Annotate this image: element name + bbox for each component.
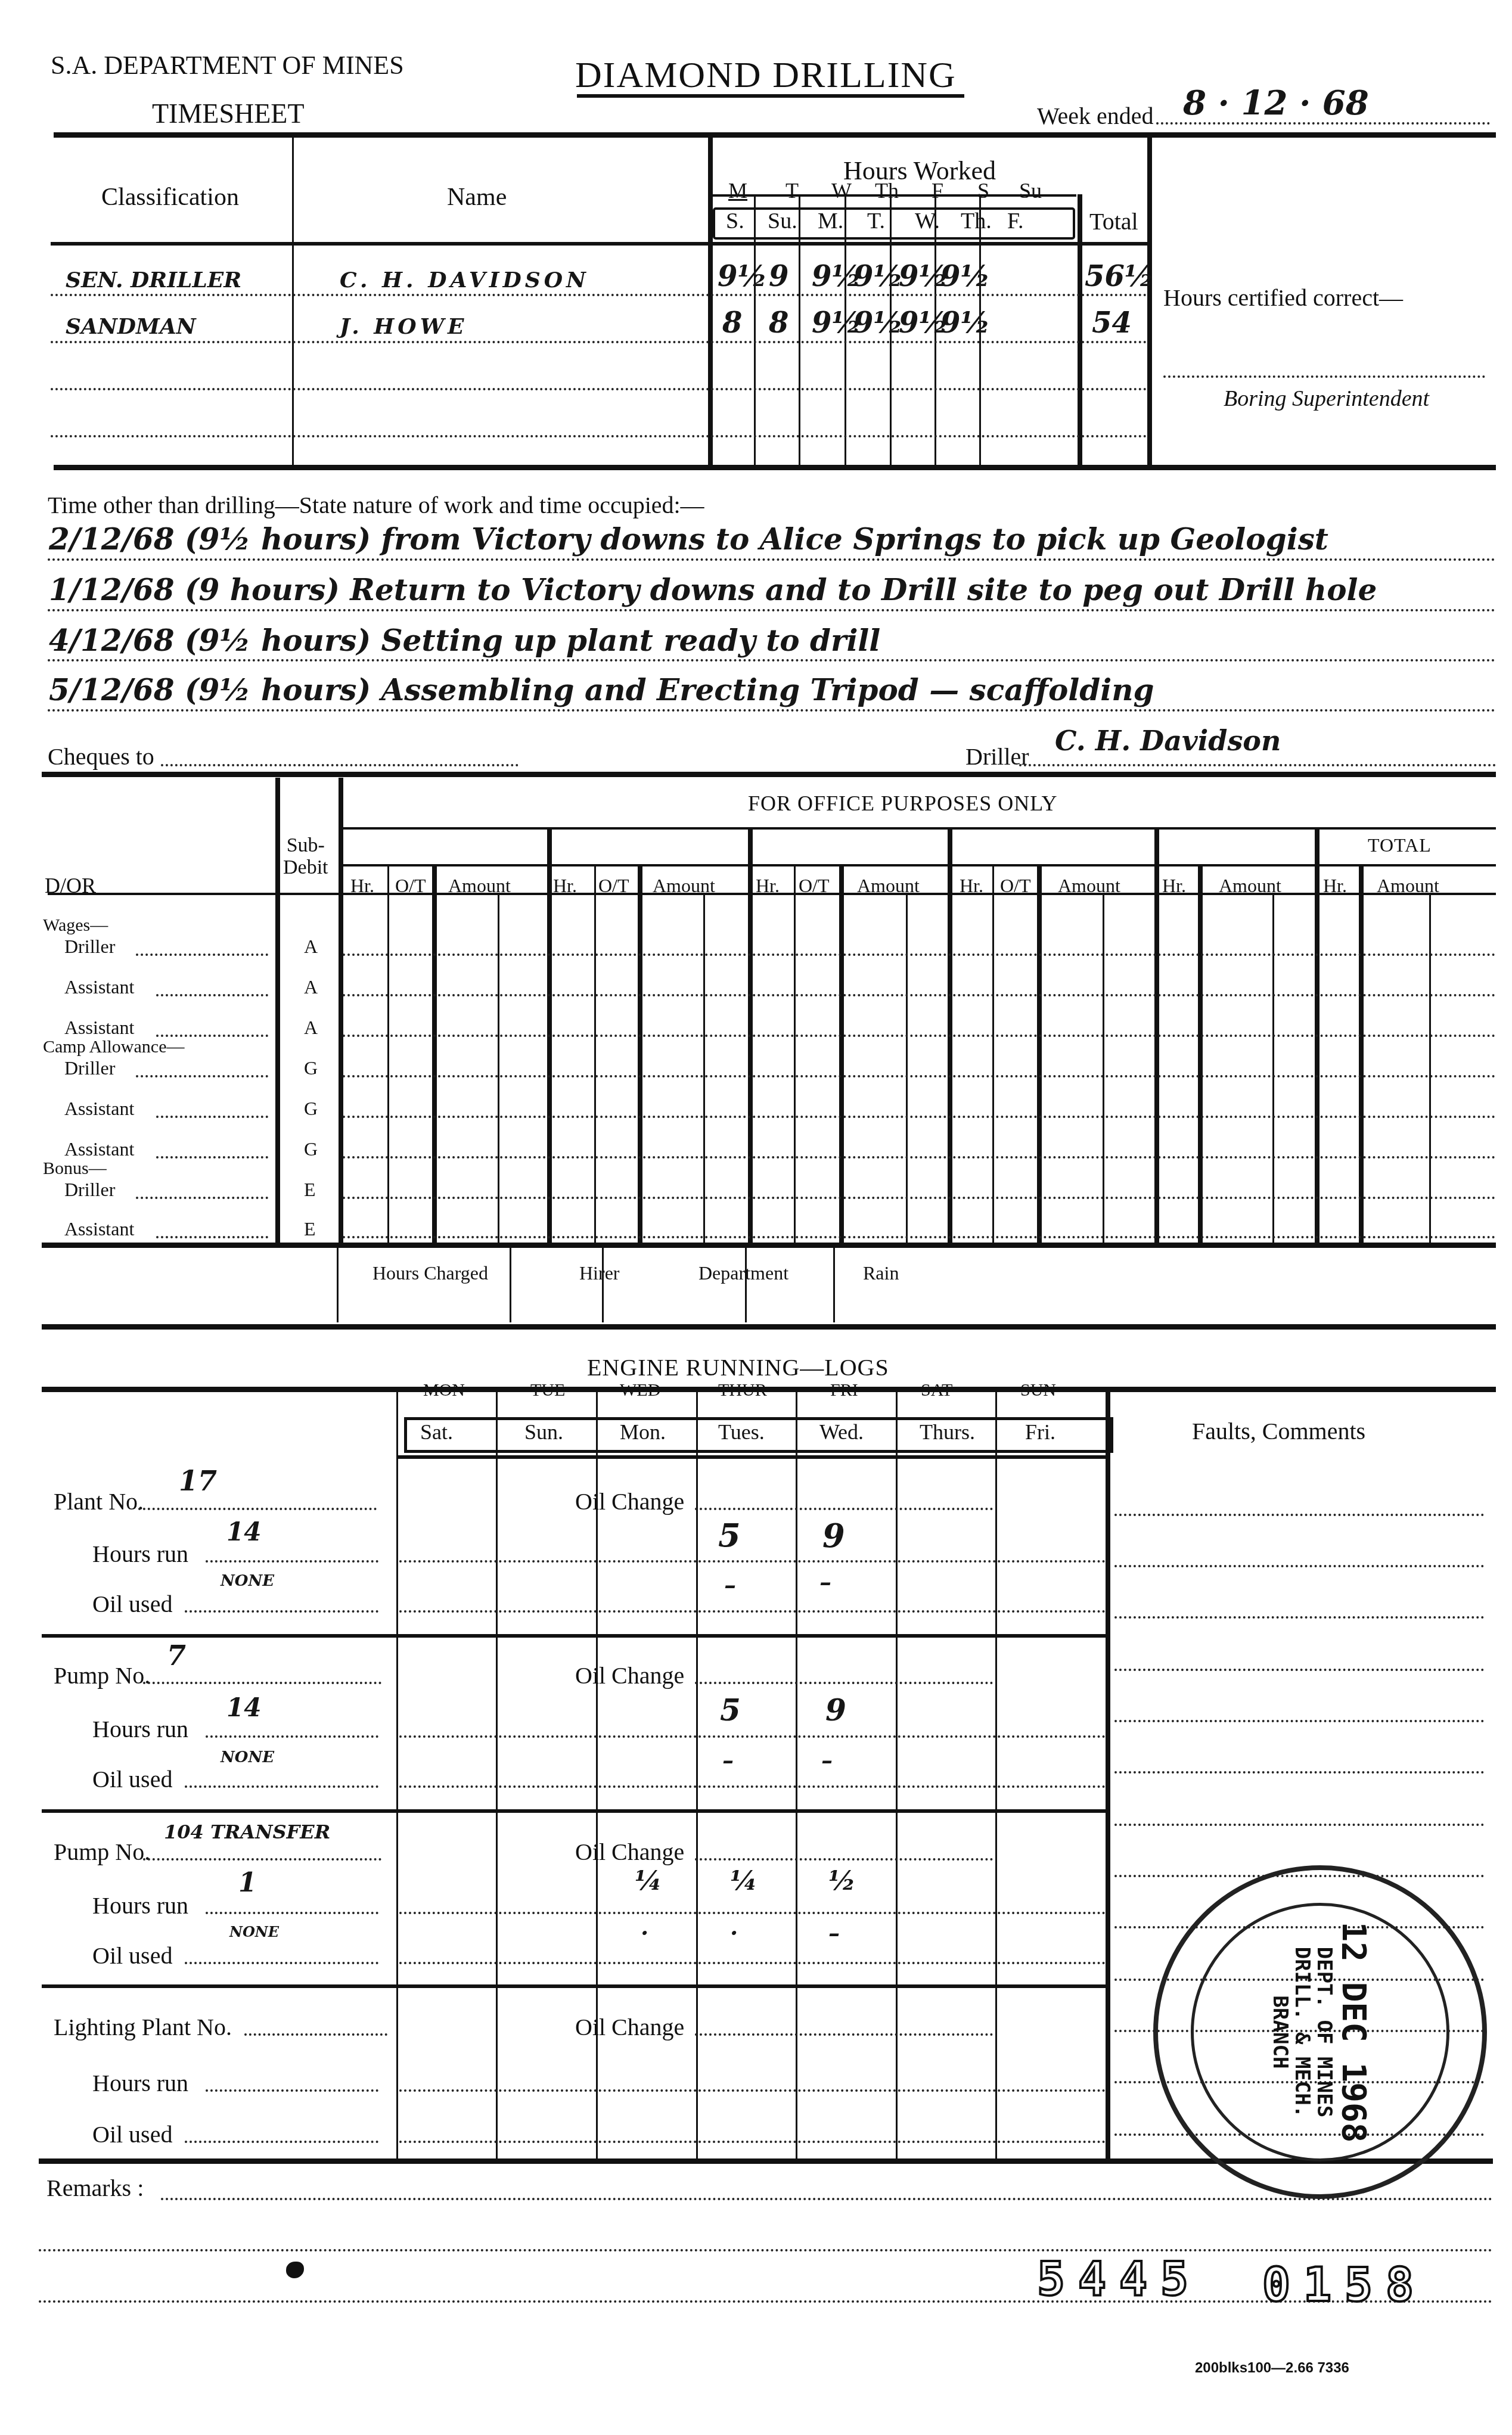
oil-used-leader <box>185 1785 378 1788</box>
hours-charged-label: Hours Charged <box>372 1263 488 1282</box>
grid-line <box>399 2089 1106 2092</box>
faults-divider <box>1106 1392 1110 2161</box>
struck-day: SAT <box>921 1381 952 1399</box>
cheques-label: Cheques to <box>48 745 154 769</box>
oil-thu[interactable]: · <box>730 1922 738 1945</box>
row-label: Assistant <box>64 1139 134 1159</box>
oil-used-label: Oil used <box>92 1768 172 1791</box>
received-date-stamp: 12 DEC 1968 DEPT. OF MINES DRILL. & MECH… <box>1153 1865 1487 2199</box>
row-line <box>51 341 1147 343</box>
driller-field <box>1019 764 1496 766</box>
hours-thu[interactable]: 5 <box>720 1695 741 1725</box>
remarks-line[interactable] <box>39 2249 1493 2251</box>
grid-row-line <box>343 1197 1496 1199</box>
cheques-field[interactable] <box>161 764 519 766</box>
row-code: G <box>304 1058 318 1077</box>
hours-run-label: Hours run <box>92 1542 188 1566</box>
engine-header-rule <box>42 1387 1496 1392</box>
row-name[interactable]: C. H. DAVIDSON <box>340 269 589 291</box>
day-box-label: M. <box>818 210 843 232</box>
faults-label: Faults, Comments <box>1192 1420 1365 1443</box>
oil-used-leader <box>185 2141 378 2143</box>
sub-divider <box>1429 894 1431 1243</box>
week-ended-label: Week ended <box>1037 104 1154 128</box>
rain-label: Rain <box>863 1263 899 1282</box>
grid-line <box>399 2141 1106 2143</box>
faults-line[interactable] <box>1114 1720 1484 1722</box>
row-label: Driller <box>64 937 115 956</box>
sub-divider <box>992 864 994 1243</box>
row-line <box>51 388 1147 390</box>
remarks-line[interactable] <box>161 2198 1493 2200</box>
grid-line <box>399 1560 1106 1563</box>
faults-line[interactable] <box>1114 1669 1484 1671</box>
row-hours-tue[interactable]: 9½ <box>853 309 903 337</box>
oil-used-label: Oil used <box>92 2123 172 2147</box>
oil-used-label: Oil used <box>92 1944 172 1968</box>
rule-after-office <box>42 1243 1496 1248</box>
grid-row-line <box>343 1236 1496 1238</box>
col-divider <box>510 1248 511 1322</box>
col-divider <box>337 1248 339 1322</box>
hours-fri[interactable]: 9 <box>822 1520 845 1552</box>
pump-no-value[interactable]: 104 TRANSFER <box>164 1822 330 1841</box>
row-code: A <box>304 977 318 996</box>
rule-after-hours <box>54 465 1496 470</box>
hours-run-label: Hours run <box>92 1894 188 1918</box>
superintendent-label: Boring Superintendent <box>1224 387 1429 410</box>
row-section: Camp Allowance— <box>43 1038 184 1056</box>
sub-divider <box>498 894 499 1243</box>
hours-run-leader <box>206 1560 378 1563</box>
sub-divider <box>594 864 596 1243</box>
row-leader <box>156 1236 268 1238</box>
hours-thu[interactable]: ¼ <box>730 1868 757 1894</box>
hours-certified-label: Hours certified correct— <box>1163 286 1403 310</box>
week-ended-line <box>1156 122 1490 125</box>
total-label: TOTAL <box>1368 836 1432 855</box>
struck-day: WED <box>620 1381 660 1399</box>
sub-divider <box>1272 894 1274 1243</box>
department-name: S.A. DEPARTMENT OF MINES <box>51 52 404 79</box>
col-hr: Hr. <box>960 876 983 895</box>
grid-line <box>399 1912 1106 1914</box>
col-amount: Amount <box>1219 876 1281 895</box>
pump-no-label: Pump No. <box>54 1840 150 1864</box>
day-box-label: Th. <box>961 210 992 232</box>
header-hours-worked: Hours Worked <box>843 158 996 184</box>
day-letter: Su <box>1019 180 1042 201</box>
form-title: TIMESHEET <box>152 100 305 128</box>
col-hr: Hr. <box>553 876 577 895</box>
grid-line <box>399 1962 1106 1964</box>
day-letter: W <box>831 180 852 201</box>
hirer-label: Hirer <box>579 1263 620 1282</box>
grid-row-line <box>343 994 1496 996</box>
sub-divider <box>839 864 844 1243</box>
faults-line[interactable] <box>1114 1565 1484 1567</box>
day-letter-underline <box>713 194 1076 197</box>
oil-change-field[interactable] <box>695 1682 993 1684</box>
row-classification[interactable]: SEN. DRILLER <box>66 269 241 291</box>
sub-divider <box>1103 894 1104 1243</box>
oil-used-label: Oil used <box>92 1592 172 1616</box>
grid-row-line <box>343 1035 1496 1037</box>
hours-run-label: Hours run <box>92 1717 188 1741</box>
oil-change-label: Oil Change <box>575 1664 684 1688</box>
serial-number-a: 5445 <box>1037 2253 1201 2306</box>
remarks-label: Remarks : <box>46 2176 144 2200</box>
row-code: A <box>304 1018 318 1037</box>
col-hr: Hr. <box>1162 876 1186 895</box>
sub-divider <box>1198 864 1203 1243</box>
sub-divider <box>906 894 908 1243</box>
row-label: Assistant <box>64 977 134 996</box>
row-total[interactable]: 54 <box>1092 309 1132 337</box>
day-box-label: T. <box>867 210 885 232</box>
sub-divider <box>1037 864 1042 1243</box>
oil-change-field[interactable] <box>695 1508 993 1510</box>
row-hours-sun[interactable]: 9 <box>769 262 788 291</box>
plant-no-field[interactable] <box>138 1508 377 1510</box>
hours-wed[interactable]: ¼ <box>635 1868 662 1894</box>
col-amount: Amount <box>448 876 511 895</box>
engine-day: Thurs. <box>920 1421 975 1443</box>
row-label: Driller <box>64 1058 115 1077</box>
department-label: Department <box>698 1263 788 1282</box>
row-hours-sun[interactable]: 8 <box>769 309 788 337</box>
hours-run-total[interactable]: 14 <box>226 1520 261 1545</box>
oil-change-label: Oil Change <box>575 2015 684 2039</box>
grid-row-line <box>343 1075 1496 1077</box>
row-line <box>51 435 1147 437</box>
col-divider <box>833 1248 835 1322</box>
struck-day: SUN <box>1020 1381 1056 1399</box>
col-divider <box>708 138 713 465</box>
hours-thu[interactable]: 5 <box>718 1520 741 1552</box>
day-box-label: F. <box>1007 210 1024 232</box>
time-other-line[interactable]: 1/12/68 (9 hours) Return to Victory down… <box>49 575 1377 605</box>
day-box-label: S. <box>726 210 744 232</box>
hours-run-total[interactable]: 1 <box>238 1870 257 1896</box>
engine-day: Sun. <box>524 1421 563 1443</box>
oil-change-label: Oil Change <box>575 1490 684 1514</box>
entry-line <box>48 609 1496 611</box>
engine-day: Tues. <box>718 1421 765 1443</box>
struck-day: FRI <box>830 1381 858 1399</box>
header-rule <box>343 827 1496 830</box>
grid-row-line <box>343 953 1496 956</box>
day-letter: Th <box>875 180 899 201</box>
pump-no-field[interactable] <box>143 1682 381 1684</box>
section-rule <box>42 1809 1106 1813</box>
oil-wed[interactable]: · <box>641 1922 648 1945</box>
row-name[interactable]: J. HOWE <box>340 316 468 337</box>
row-code: G <box>304 1139 318 1159</box>
struck-day: TUE <box>530 1381 565 1399</box>
row-label: Assistant <box>64 1018 134 1037</box>
col-ot: O/T <box>395 876 426 895</box>
row-leader <box>156 994 268 996</box>
section-rule <box>42 1984 1106 1988</box>
time-other-line[interactable]: 2/12/68 (9½ hours) from Victory downs to… <box>49 524 1328 554</box>
struck-day: THUR <box>718 1381 767 1399</box>
grid-line <box>399 1785 1106 1788</box>
day-divider <box>754 194 756 465</box>
col-divider <box>602 1248 604 1322</box>
header-rule <box>343 864 1496 866</box>
day-grid-line <box>496 1392 498 2161</box>
total-divider <box>1078 194 1082 465</box>
col-ot: O/T <box>799 876 830 895</box>
row-leader <box>136 1075 268 1077</box>
main-title: DIAMOND DRILLING <box>575 57 957 94</box>
oil-thu[interactable]: – <box>724 1573 736 1597</box>
print-code: 200blks100—2.66 7336 <box>1195 2361 1349 2375</box>
row-code: A <box>304 937 318 956</box>
row-label: Assistant <box>64 1219 134 1238</box>
col-amount: Amount <box>1058 876 1120 895</box>
header-total: Total <box>1089 210 1138 234</box>
plant-no-value[interactable]: 17 <box>179 1467 217 1495</box>
col-divider <box>275 778 280 1243</box>
day-letter: M <box>728 180 747 201</box>
engine-header-underline <box>396 1455 1109 1459</box>
oil-used-total[interactable]: NONE <box>229 1925 279 1939</box>
sub-divider <box>1359 864 1364 1243</box>
oil-fri[interactable]: – <box>828 1922 840 1945</box>
superintendent-signature-line[interactable] <box>1163 375 1485 378</box>
engine-day: Sat. <box>420 1421 453 1443</box>
hours-run-leader <box>206 1912 378 1914</box>
hours-run-label: Hours run <box>92 2071 188 2095</box>
oil-fri[interactable]: – <box>819 1570 831 1594</box>
hours-fri[interactable]: 9 <box>825 1695 846 1725</box>
serial-number-b: 0158 <box>1262 2259 1427 2312</box>
faults-line[interactable] <box>1114 1616 1484 1619</box>
time-other-line[interactable]: 5/12/68 (9½ hours) Assembling and Erecti… <box>49 675 1154 705</box>
oil-thu[interactable]: – <box>722 1749 734 1772</box>
sub-divider <box>703 894 705 1243</box>
oil-used-total[interactable]: NONE <box>221 1750 274 1765</box>
col-divider <box>745 1248 747 1322</box>
oil-used-leader <box>185 1962 378 1964</box>
hours-run-total[interactable]: 14 <box>226 1695 261 1720</box>
col-divider <box>292 138 294 465</box>
col-ot: O/T <box>1000 876 1031 895</box>
row-hours-tue[interactable]: 9½ <box>853 262 903 291</box>
rule-before-office <box>42 772 1496 777</box>
col-ot: O/T <box>598 876 629 895</box>
row-leader <box>156 1116 268 1118</box>
time-other-line[interactable]: 4/12/68 (9½ hours) Setting up plant read… <box>49 626 880 656</box>
row-hours-thu[interactable]: 9½ <box>940 309 990 337</box>
col-divider <box>1147 138 1152 465</box>
row-total[interactable]: 56½ <box>1085 262 1154 291</box>
oil-fri[interactable]: – <box>821 1749 833 1772</box>
day-letter: T <box>786 180 799 201</box>
rule-top <box>54 132 1496 138</box>
engine-day: Mon. <box>620 1421 666 1443</box>
pump-no-label: Pump No. <box>54 1664 150 1688</box>
row-code: G <box>304 1099 318 1118</box>
lighting-plant-label: Lighting Plant No. <box>54 2015 232 2039</box>
ink-blot <box>286 2262 304 2278</box>
oil-used-leader <box>185 1610 378 1613</box>
sub-divider <box>432 864 437 1243</box>
week-ended-value[interactable]: 8 · 12 · 68 <box>1183 86 1369 120</box>
row-leader <box>136 1197 268 1199</box>
day-letter: F <box>932 180 943 201</box>
day-grid-line <box>396 1392 398 2161</box>
faults-line[interactable] <box>1114 1824 1484 1826</box>
stamp-text: 12 DEC 1968 DEPT. OF MINES DRILL. & MECH… <box>1268 1922 1372 2143</box>
col-hr: Hr. <box>1323 876 1347 895</box>
pump-no-field[interactable] <box>143 1858 381 1861</box>
subdebit-label: Sub- Debit <box>283 834 328 879</box>
struck-day: MON <box>423 1381 465 1399</box>
col-divider <box>339 778 343 1243</box>
row-leader <box>136 953 268 956</box>
time-other-label: Time other than drilling—State nature of… <box>48 493 704 517</box>
grid-line <box>399 1735 1106 1738</box>
row-section: Wages— <box>43 917 108 934</box>
engine-day: Wed. <box>819 1421 864 1443</box>
col-amount: Amount <box>857 876 920 895</box>
col-amount: Amount <box>1377 876 1439 895</box>
grid-line <box>399 1610 1106 1613</box>
row-leader <box>156 1156 268 1159</box>
header-rule <box>51 242 1147 246</box>
day-grid-line <box>995 1392 997 2161</box>
row-hours-sat[interactable]: 8 <box>722 309 742 337</box>
rule-before-engine <box>42 1324 1496 1330</box>
grid-row-line <box>343 1156 1496 1159</box>
hours-run-leader <box>206 1735 378 1738</box>
title-underline <box>577 94 964 98</box>
row-label: Assistant <box>64 1099 134 1118</box>
oil-used-total[interactable]: NONE <box>221 1573 274 1589</box>
header-classification: Classification <box>101 185 239 210</box>
office-title: FOR OFFICE PURPOSES ONLY <box>748 793 1058 814</box>
grid-row-line <box>343 1116 1496 1118</box>
sub-divider <box>387 864 389 1243</box>
oil-change-field[interactable] <box>695 2033 993 2036</box>
header-name: Name <box>447 185 507 210</box>
col-hr: Hr. <box>756 876 780 895</box>
stamp-line-3: BRANCH <box>1268 1922 1290 2143</box>
entry-line <box>48 558 1496 561</box>
col-hr: Hr. <box>350 876 374 895</box>
row-hours-sat[interactable]: 9½ <box>718 262 767 291</box>
row-code: E <box>304 1180 316 1199</box>
hours-fri[interactable]: ½ <box>828 1868 856 1894</box>
stamp-line-2: DRILL. & MECH. <box>1291 1922 1313 2143</box>
pump-no-value[interactable]: 7 <box>167 1642 186 1669</box>
oil-change-label: Oil Change <box>575 1840 684 1864</box>
engine-title: ENGINE RUNNING—LOGS <box>587 1356 889 1380</box>
faults-line[interactable] <box>1114 1514 1484 1516</box>
faults-line[interactable] <box>1114 1771 1484 1774</box>
day-box-label: Su. <box>768 210 797 232</box>
sub-divider <box>638 864 642 1243</box>
plant-no-label: Plant No. <box>54 1490 144 1514</box>
stamp-line-1: DEPT. OF MINES <box>1313 1922 1335 2143</box>
oil-change-field[interactable] <box>695 1858 993 1861</box>
day-divider <box>799 194 800 465</box>
engine-day: Fri. <box>1025 1421 1055 1443</box>
row-classification[interactable]: SANDMAN <box>66 316 196 337</box>
row-code: E <box>304 1219 316 1238</box>
section-rule <box>42 1634 1106 1638</box>
entry-line <box>48 709 1496 712</box>
row-line <box>51 294 1147 296</box>
entry-line <box>48 659 1496 661</box>
row-hours-thu[interactable]: 9½ <box>940 262 990 291</box>
lighting-plant-field[interactable] <box>244 2033 387 2036</box>
row-section: Bonus— <box>43 1160 107 1178</box>
sub-divider <box>794 864 796 1243</box>
driller-signature[interactable]: C. H. Davidson <box>1055 727 1281 754</box>
col-amount: Amount <box>653 876 715 895</box>
hours-run-leader <box>206 2089 378 2092</box>
stamp-date: 12 DEC 1968 <box>1335 1922 1372 2143</box>
row-label: Driller <box>64 1180 115 1199</box>
